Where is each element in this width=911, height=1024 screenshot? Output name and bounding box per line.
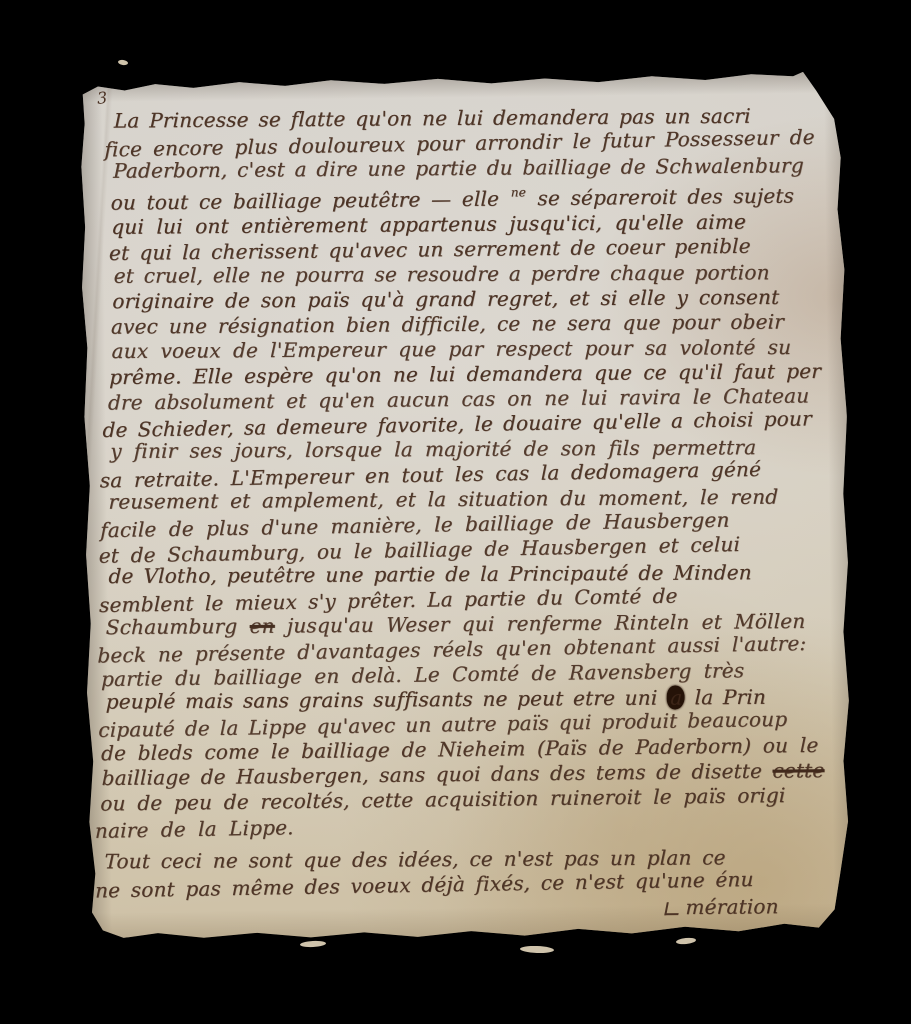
manuscript-line: mération [91,894,837,926]
paragraph-1: La Princesse se flatte qu'on ne lui dema… [92,101,848,841]
text-run: avec une résignation bien difficile, ce … [111,309,784,338]
paper-fragment [118,59,129,65]
text-run: originaire de son païs qu'à grand regret… [112,285,780,313]
struck-word: cette [772,758,824,783]
text-run: aux voeux de l'Empereur que par respect … [112,335,792,363]
text-run: mération [685,894,779,919]
paper-fragment [676,937,697,945]
text-run: la Prin [685,685,766,710]
manuscript-page: 3 La Princesse se flatte qu'on ne lui de… [79,71,853,942]
page-number: 3 [96,88,108,108]
text-run: se sépareroit des sujets [526,184,794,211]
text-run: naire de la Lippe. [94,815,293,843]
text-run: et cruel, elle ne pourra se resoudre a p… [113,260,769,288]
paragraph-2: Tout ceci ne sont que des idées, ce n'es… [91,842,838,926]
struck-word: en [249,614,275,638]
line-continuation-mark [664,902,681,915]
inserted-word: ne [510,180,526,205]
paper-fragment [520,945,554,953]
paper-fragment [300,940,326,947]
photo-background: 3 La Princesse se flatte qu'on ne lui de… [0,0,911,1024]
text-run: ou tout ce bailliage peutêtre — elle [110,186,509,214]
inked-out-word: a [667,685,686,709]
manuscript-text: La Princesse se flatte qu'on ne lui dema… [90,101,848,942]
text-run: Schaumburg [105,614,249,639]
